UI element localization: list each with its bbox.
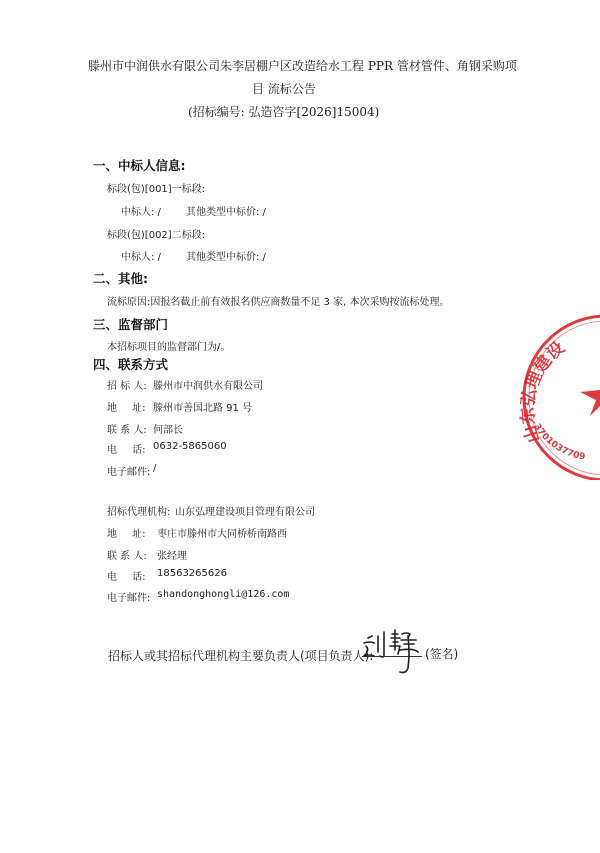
tenderer-email: / bbox=[153, 463, 156, 474]
tenderer-address-label: 地 址: bbox=[107, 399, 146, 414]
document-title-line2: 目 流标公告 bbox=[252, 80, 316, 97]
agency-name-label: 招标代理机构: bbox=[107, 503, 170, 518]
lot-1-winner: 中标人: / bbox=[121, 203, 161, 218]
tenderer-contact: 何部长 bbox=[153, 421, 183, 436]
signature-label: 招标人或其招标代理机构主要负责人(项目负责人): bbox=[108, 647, 373, 664]
document-page: 滕州市中润供水有限公司朱李居棚户区改造给水工程 PPR 管材管件、角钢采购项 目… bbox=[0, 0, 600, 853]
svg-text:3701037709: 3701037709 bbox=[531, 422, 585, 462]
handwritten-signature bbox=[360, 628, 430, 680]
section-heading-winner-info: 一、中标人信息: bbox=[93, 156, 186, 174]
failure-reason: 流标原因:因报名截止前有效报名供应商数量不足 3 家, 本次采购按流标处理。 bbox=[107, 293, 449, 308]
section-heading-supervision: 三、监督部门 bbox=[93, 315, 168, 333]
tenderer-name-label: 招 标 人: bbox=[107, 377, 147, 392]
tenderer-email-label: 电子邮件: bbox=[107, 463, 150, 478]
tenderer-phone: 0632-5865060 bbox=[153, 441, 227, 452]
supervision-text: 本招标项目的监督部门为/。 bbox=[107, 338, 230, 353]
tenderer-address: 滕州市善国北路 91 号 bbox=[153, 399, 252, 414]
agency-address-label: 地 址: bbox=[107, 525, 146, 540]
official-seal-stamp: 山东弘理建设 3701037709 bbox=[510, 310, 600, 480]
document-title-line1: 滕州市中润供水有限公司朱李居棚户区改造给水工程 PPR 管材管件、角钢采购项 bbox=[88, 57, 517, 74]
agency-email-label: 电子邮件: bbox=[107, 589, 150, 604]
signature-suffix: (签名) bbox=[425, 645, 458, 662]
agency-contact: 张经理 bbox=[157, 547, 187, 562]
lot-2-winner: 中标人: / bbox=[121, 248, 161, 263]
agency-phone-label: 电 话: bbox=[107, 568, 146, 583]
lot-2-label: 标段(包)[002]二标段: bbox=[107, 226, 205, 241]
lot-2-price: 其他类型中标价: / bbox=[186, 248, 266, 263]
lot-1-label: 标段(包)[001]一标段: bbox=[107, 180, 205, 195]
lot-1-price: 其他类型中标价: / bbox=[186, 203, 266, 218]
section-heading-contact: 四、联系方式 bbox=[93, 355, 168, 373]
agency-phone: 18563265626 bbox=[157, 568, 227, 579]
bid-number: (招标编号: 弘造咨字[2026]15004) bbox=[188, 103, 379, 120]
agency-email: shandonghongli@126.com bbox=[157, 589, 289, 600]
tenderer-phone-label: 电 话: bbox=[107, 441, 146, 456]
tenderer-contact-label: 联 系 人: bbox=[107, 421, 147, 436]
tenderer-name: 滕州市中润供水有限公司 bbox=[153, 377, 263, 392]
agency-name: 山东弘理建设项目管理有限公司 bbox=[175, 503, 315, 518]
agency-address: 枣庄市滕州市大同桥桥南路西 bbox=[157, 525, 287, 540]
section-heading-other: 二、其他: bbox=[93, 269, 148, 287]
agency-contact-label: 联 系 人: bbox=[107, 547, 147, 562]
